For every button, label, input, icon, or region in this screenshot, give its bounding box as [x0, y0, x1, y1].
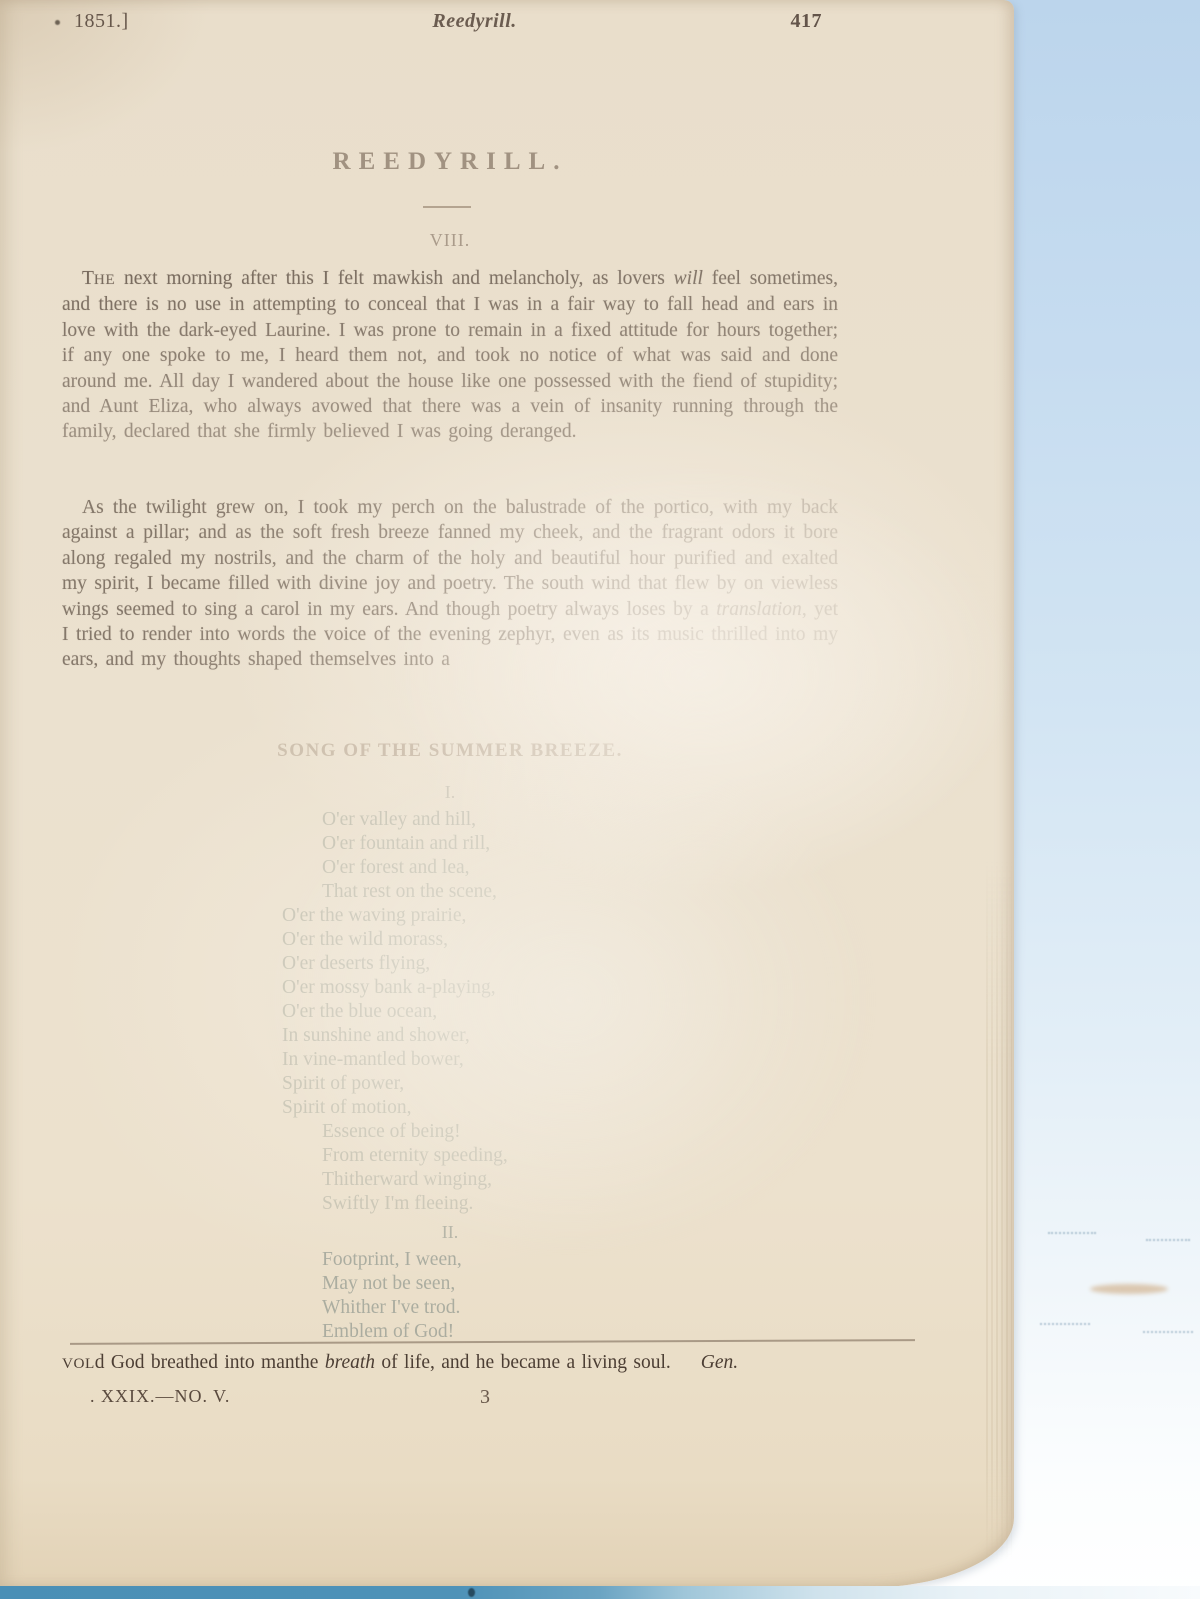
pencil-mark [1146, 1239, 1190, 1241]
pencil-mark [1143, 1331, 1193, 1333]
poem-line: May not be seen, [322, 1272, 838, 1296]
paragraph-1-text: THE next morning after this I felt mawki… [62, 268, 838, 442]
poem-line: O'er forest and lea, [282, 856, 838, 880]
poem-line: From eternity speeding, [282, 1144, 838, 1168]
poem-line: Spirit of motion, [282, 1096, 838, 1120]
header-running-title: Reedyrill. [402, 10, 516, 33]
footnote: VOLd God breathed into manthe breath of … [62, 1352, 838, 1374]
stanza-2-label: II. [62, 1222, 838, 1243]
chapter-title: REEDYRILL. [62, 148, 838, 176]
page-content: 1851.] Reedyrill. 417 REEDYRILL. VIII. T… [62, 0, 838, 1588]
poem-line: O'er the blue ocean, [282, 1000, 838, 1024]
poem-line: In sunshine and shower, [282, 1024, 838, 1048]
poem-line: O'er valley and hill, [282, 808, 838, 832]
poem-line: That rest on the scene, [282, 880, 838, 904]
section-number: VIII. [62, 230, 838, 251]
page-header: 1851.] Reedyrill. 417 [62, 10, 838, 33]
paragraph-2-text: As the twilight grew on, I took my perch… [62, 497, 838, 670]
poem-line: Swiftly I'm fleeing. [282, 1192, 838, 1216]
stacked-page-edges [986, 860, 1012, 1560]
footer-row: . XXIX.—NO. V. 3 [62, 1386, 838, 1407]
poem-line: O'er mossy bank a-playing, [282, 976, 838, 1000]
song-heading: SONG OF THE SUMMER BREEZE. [62, 740, 838, 762]
poem-line: O'er deserts flying, [282, 952, 838, 976]
poem-line: O'er fountain and rill, [282, 832, 838, 856]
table-speck [468, 1588, 475, 1597]
ink-speck [55, 20, 60, 25]
title-rule [423, 206, 471, 208]
signature-number: 3 [480, 1386, 491, 1409]
poem-line: Footprint, I ween, [322, 1248, 838, 1272]
poem-line: Spirit of power, [282, 1072, 838, 1096]
header-page-number: 417 [790, 10, 838, 33]
paragraph-1: THE next morning after this I felt mawki… [62, 266, 838, 445]
photo-canvas: 1851.] Reedyrill. 417 REEDYRILL. VIII. T… [0, 0, 1200, 1599]
table-edge [0, 1586, 1200, 1599]
book-page: 1851.] Reedyrill. 417 REEDYRILL. VIII. T… [0, 0, 1014, 1588]
poem-line: O'er the wild morass, [282, 928, 838, 952]
stanza-2: Footprint, I ween, May not be seen, Whit… [62, 1248, 838, 1344]
poem-line: O'er the waving prairie, [282, 904, 838, 928]
tan-smudge [1090, 1284, 1168, 1294]
header-year: 1851.] [62, 10, 129, 33]
poem-line: Thitherward winging, [282, 1168, 838, 1192]
stanza-1: O'er valley and hill, O'er fountain and … [62, 808, 838, 1216]
pencil-mark [1040, 1323, 1090, 1325]
volume-line: . XXIX.—NO. V. [62, 1386, 230, 1406]
poem-line: In vine-mantled bower, [282, 1048, 838, 1072]
poem-line: Whither I've trod. [322, 1296, 838, 1320]
poem-line: Essence of being! [282, 1120, 838, 1144]
pencil-mark [1048, 1232, 1096, 1234]
paragraph-2: As the twilight grew on, I took my perch… [62, 495, 838, 673]
stanza-1-label: I. [62, 782, 838, 803]
